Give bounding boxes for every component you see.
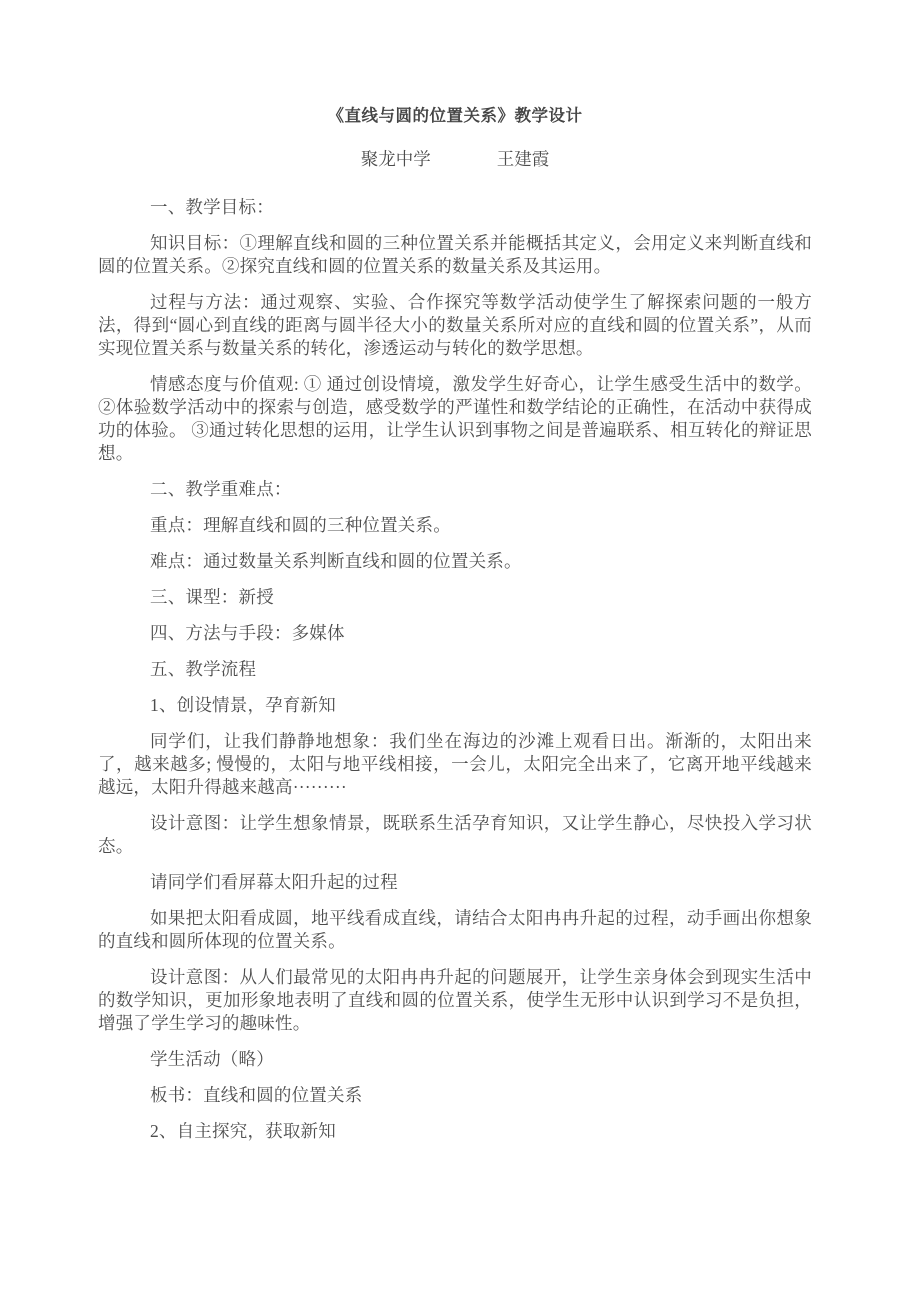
heading-key-difficulties: 二、教学重难点： [98,478,812,501]
para-design-intent-1: 设计意图：让学生想象情景，既联系生活孕育知识，又让学生静心，尽快投入学习状态。 [98,812,812,858]
heading-teaching-flow: 五、教学流程 [98,658,812,681]
para-key-point: 重点：理解直线和圆的三种位置关系。 [98,514,812,537]
document-page: 《直线与圆的位置关系》教学设计 聚龙中学 王建霞 一、教学目标： 知识目标：①理… [0,0,920,1302]
heading-step2-exploration: 2、自主探究，获取新知 [98,1120,812,1143]
heading-step1-scenario: 1、创设情景，孕育新知 [98,694,812,717]
byline-school: 聚龙中学 [361,148,431,171]
para-difficult-point: 难点：通过数量关系判断直线和圆的位置关系。 [98,550,812,573]
para-watch-screen: 请同学们看屏幕太阳升起的过程 [98,871,812,894]
para-blackboard-writing: 板书：直线和圆的位置关系 [98,1084,812,1107]
byline: 聚龙中学 王建霞 [98,148,812,171]
para-design-intent-2: 设计意图：从人们最常见的太阳冉冉升起的问题展开，让学生亲身体会到现实生活中的数学… [98,966,812,1035]
para-draw-relationship: 如果把太阳看成圆，地平线看成直线，请结合太阳冉冉升起的过程，动手画出你想象的直线… [98,907,812,953]
para-sunrise-imagination: 同学们，让我们静静地想象：我们坐在海边的沙滩上观看日出。渐渐的，太阳出来了，越来… [98,730,812,799]
heading-lesson-type: 三、课型：新授 [98,586,812,609]
byline-author: 王建霞 [497,148,550,171]
para-knowledge-goals: 知识目标：①理解直线和圆的三种位置关系并能概括其定义，会用定义来判断直线和圆的位… [98,232,812,278]
para-student-activity: 学生活动（略） [98,1048,812,1071]
para-emotional-values: 情感态度与价值观: ① 通过创设情境，激发学生好奇心，让学生感受生活中的数学。②… [98,373,812,465]
para-process-methods: 过程与方法：通过观察、实验、合作探究等数学活动使学生了解探索问题的一般方法，得到… [98,291,812,360]
heading-methods-tools: 四、方法与手段：多媒体 [98,622,812,645]
heading-teaching-goals: 一、教学目标： [98,196,812,219]
doc-title: 《直线与圆的位置关系》教学设计 [98,104,812,127]
